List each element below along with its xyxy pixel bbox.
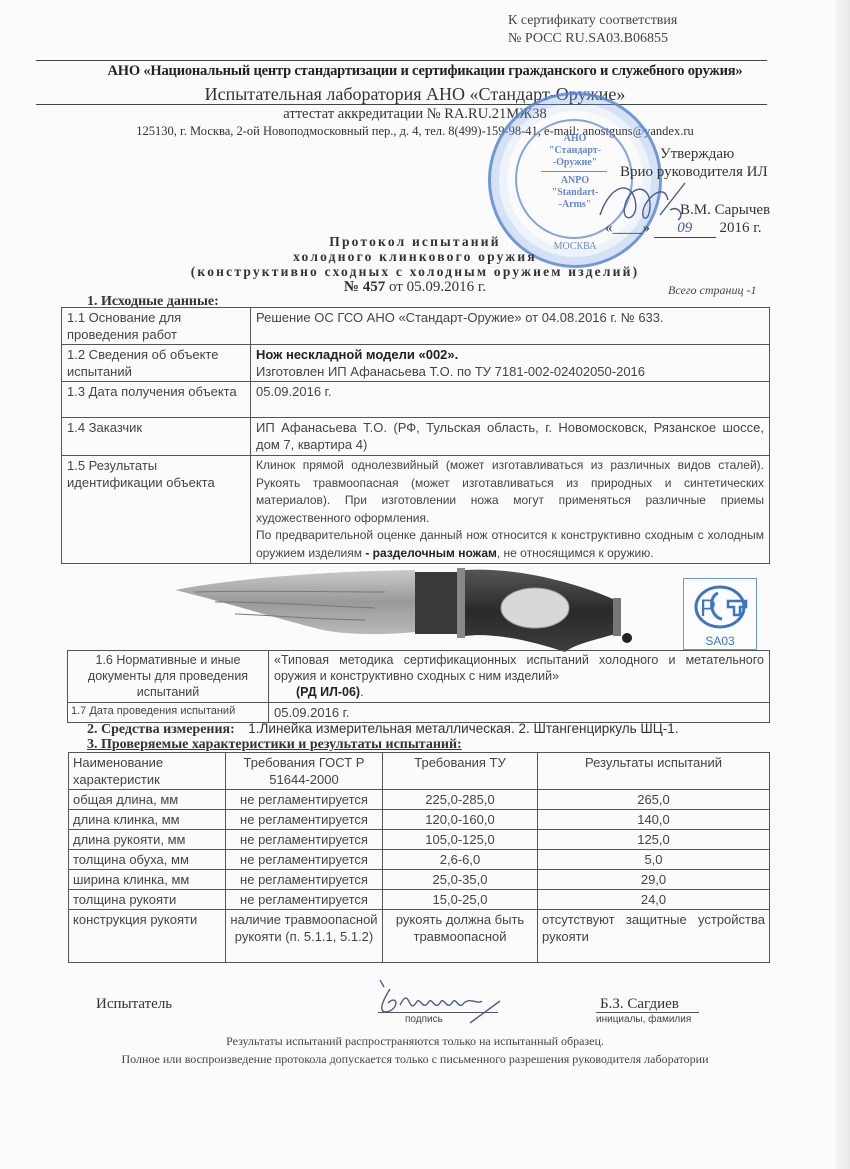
certificate-ref-line1: К сертификату соответствия — [508, 12, 677, 30]
table-row: 1.1 Основание для проведения работ Решен… — [62, 308, 770, 345]
normative-tail: . — [360, 685, 363, 699]
tu-requirement-cell: 15,0-25,0 — [383, 890, 538, 910]
knife-blade — [175, 570, 415, 634]
object-manufacturer: Изготовлен ИП Афанасьева Т.О. по ТУ 7181… — [256, 363, 764, 380]
tu-requirement-cell: 225,0-285,0 — [383, 790, 538, 810]
result-cell: 265,0 — [538, 790, 770, 810]
column-header: Результаты испытаний — [538, 753, 770, 790]
table-row: общая длина, ммне регламентируется225,0-… — [69, 790, 770, 810]
gost-certification-mark: P SA03 — [683, 578, 757, 650]
normative-document: «Типовая методика сертификационных испыт… — [274, 653, 764, 683]
tu-requirement-cell: 120,0-160,0 — [383, 810, 538, 830]
header-rule-bottom — [36, 104, 767, 105]
approver-name: В.М. Сарычев — [680, 202, 770, 219]
characteristic-cell: толщина рукояти — [69, 890, 226, 910]
tu-requirement-cell: 25,0-35,0 — [383, 870, 538, 890]
result-cell: 29,0 — [538, 870, 770, 890]
table-row: 1.3 Дата получения объекта 05.09.2016 г. — [62, 382, 770, 418]
row-label: 1.3 Дата получения объекта — [62, 382, 251, 418]
tu-requirement-cell: 105,0-125,0 — [383, 830, 538, 850]
results-table: Наименование характеристик Требования ГО… — [68, 752, 770, 963]
table-row: толщина рукоятине регламентируется15,0-2… — [69, 890, 770, 910]
accreditation: аттестат аккредитации № RA.RU.21МЖ38 — [0, 106, 830, 123]
result-cell: 5,0 — [538, 850, 770, 870]
table-row: конструкция рукоятиналичие травмоопасной… — [69, 910, 770, 963]
row-value: 05.09.2016 г. — [269, 703, 770, 723]
name-caption: инициалы, фамилия — [596, 1014, 691, 1025]
tester-role: Испытатель — [96, 996, 172, 1013]
row-value: Решение ОС ГСО АНО «Стандарт-Оружие» от … — [251, 308, 770, 345]
table-row: 1.2 Сведения об объекте испытаний Нож не… — [62, 345, 770, 382]
row-value: Клинок прямой однолезвийный (может изгот… — [251, 456, 770, 564]
row-value: ИП Афанасьева Т.О. (РФ, Тульская область… — [251, 418, 770, 456]
signature-line — [378, 1012, 498, 1013]
protocol-title: Протокол испытаний — [0, 234, 830, 250]
section2: 2. Средства измерения: 1.Линейка измерит… — [87, 721, 679, 738]
table-row: длина рукояти, ммне регламентируется105,… — [69, 830, 770, 850]
characteristic-cell: ширина клинка, мм — [69, 870, 226, 890]
protocol-subtitle-2: (конструктивно сходных с холодным оружие… — [0, 264, 830, 280]
table-header-row: Наименование характеристик Требования ГО… — [69, 753, 770, 790]
laboratory-name: Испытательная лаборатория АНО «Стандарт-… — [0, 84, 830, 105]
section3-heading: 3. Проверяемые характеристики и результа… — [87, 737, 462, 753]
object-name: Нож нескладной модели «002». — [256, 346, 764, 363]
gost-requirement-cell: не регламентируется — [226, 810, 383, 830]
row-label: 1.1 Основание для проведения работ — [62, 308, 251, 345]
gost-requirement-cell: не регламентируется — [226, 790, 383, 810]
result-cell: 140,0 — [538, 810, 770, 830]
row-label: 1.2 Сведения об объекте испытаний — [62, 345, 251, 382]
footer-note-1: Результаты испытаний распространяются то… — [0, 1034, 830, 1049]
table-row: ширина клинка, ммне регламентируется25,0… — [69, 870, 770, 890]
stamp-divider — [541, 171, 607, 172]
measurement-tools: 1.Линейка измерительная металлическая. 2… — [248, 721, 678, 736]
column-header: Требования ТУ — [383, 753, 538, 790]
characteristic-cell: длина клинка, мм — [69, 810, 226, 830]
result-cell: 24,0 — [538, 890, 770, 910]
footer-note-2: Полное или воспроизведение протокола доп… — [0, 1052, 830, 1067]
row-value: Нож нескладной модели «002».Изготовлен И… — [251, 345, 770, 382]
address-line: 125130, г. Москва, 2-ой Новоподмосковный… — [0, 124, 830, 139]
column-header: Наименование характеристик — [69, 753, 226, 790]
protocol-subtitle-1: холодного клинкового оружия — [0, 249, 830, 265]
gost-rst-icon: P — [684, 579, 756, 635]
column-header: Требования ГОСТ Р 51644-2000 — [226, 753, 383, 790]
characteristic-cell: общая длина, мм — [69, 790, 226, 810]
table-row: 1.6 Нормативные и иные документы для про… — [68, 651, 770, 703]
characteristic-cell: конструкция рукояти — [69, 910, 226, 963]
tester-name: Б.З. Сагдиев — [600, 996, 679, 1013]
protocol-number-date: от 05.09.2016 г. — [385, 279, 486, 295]
row-value: 05.09.2016 г. — [251, 382, 770, 418]
header-rule-top — [36, 60, 767, 61]
table-row: 1.7 Дата проведения испытаний 05.09.2016… — [68, 703, 770, 723]
page-edge-shadow — [836, 0, 850, 1169]
stamp-text-2: "Стандарт- — [491, 145, 659, 157]
gost-requirement-cell: не регламентируется — [226, 830, 383, 850]
tu-requirement-cell: рукоять должна быть травмоопасной — [383, 910, 538, 963]
total-pages: Всего страниц -1 — [668, 283, 756, 298]
row-label: 1.7 Дата проведения испытаний — [68, 703, 269, 723]
section2-heading: 2. Средства измерения: — [87, 722, 235, 737]
stamp-text-1: АНО — [491, 133, 659, 145]
result-cell: 125,0 — [538, 830, 770, 850]
initial-data-table: 1.1 Основание для проведения работ Решен… — [61, 307, 770, 564]
table-row: 1.4 Заказчик ИП Афанасьева Т.О. (РФ, Тул… — [62, 418, 770, 456]
gost-mark-code: SA03 — [684, 634, 756, 648]
knife-photo — [175, 562, 665, 652]
result-cell: отсутствуют защитные устройства рукояти — [538, 910, 770, 963]
table-row: 1.5 Результаты идентификации объекта Кли… — [62, 456, 770, 564]
certificate-ref-number: № РОСС RU.SA03.B06855 — [508, 30, 677, 48]
normative-table: 1.6 Нормативные и иные документы для про… — [67, 650, 770, 723]
table-row: длина клинка, ммне регламентируется120,0… — [69, 810, 770, 830]
row-value: «Типовая методика сертификационных испыт… — [269, 651, 770, 703]
signature-caption: подпись — [405, 1014, 443, 1025]
name-line — [596, 1012, 699, 1013]
protocol-number-id: № 457 — [344, 279, 385, 295]
gost-requirement-cell: не регламентируется — [226, 890, 383, 910]
row-label: 1.5 Результаты идентификации объекта — [62, 456, 251, 564]
conclusion-category: - разделочным ножам — [365, 546, 497, 560]
gost-requirement-cell: не регламентируется — [226, 870, 383, 890]
identification-description: Клинок прямой однолезвийный (может изгот… — [256, 457, 764, 527]
characteristic-cell: толщина обуха, мм — [69, 850, 226, 870]
row-label: 1.4 Заказчик — [62, 418, 251, 456]
table-row: толщина обуха, ммне регламентируется2,6-… — [69, 850, 770, 870]
identification-conclusion: По предварительной оценке данный нож отн… — [256, 527, 764, 562]
conclusion-tail: , не относящимся к оружию. — [497, 546, 654, 560]
characteristic-cell: длина рукояти, мм — [69, 830, 226, 850]
approve-label: Утверждаю — [660, 146, 734, 163]
organization-name: АНО «Национальный центр стандартизации и… — [0, 63, 850, 80]
gost-requirement-cell: не регламентируется — [226, 850, 383, 870]
certificate-reference: К сертификату соответствия № РОСС RU.SA0… — [508, 12, 677, 48]
gost-requirement-cell: наличие травмоопасной рукояти (п. 5.1.1,… — [226, 910, 383, 963]
tu-requirement-cell: 2,6-6,0 — [383, 850, 538, 870]
row-label: 1.6 Нормативные и иные документы для про… — [68, 651, 269, 703]
knife-medallion — [501, 588, 569, 628]
normative-code: (РД ИЛ-06) — [296, 685, 360, 699]
